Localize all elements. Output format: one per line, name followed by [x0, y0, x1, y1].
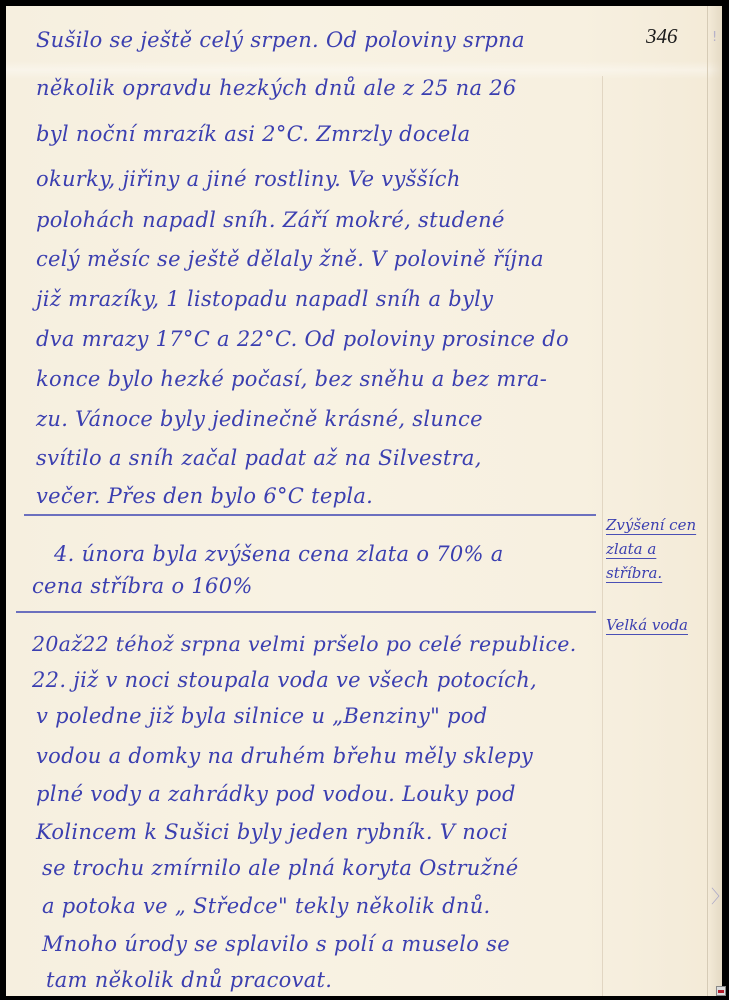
margin-note-line: Zvýšení cen [606, 518, 696, 533]
text-line: Kolincem k Sušici byly jeden rybník. V n… [36, 822, 508, 843]
page-edge-chevron-icon: 〉 [711, 883, 722, 909]
text-line: 4. února byla zvýšena cena zlata o 70% a [54, 544, 504, 565]
text-line: dva mrazy 17°C a 22°C. Od poloviny prosi… [36, 329, 569, 350]
chronicle-page: 346 ! Sušilo se ještě celý srpen. Od pol… [6, 6, 722, 996]
text-line: večer. Přes den bylo 6°C tepla. [36, 486, 373, 507]
text-line: v poledne již byla silnice u „Benziny" p… [36, 706, 487, 727]
text-line: svítilo a sníh začal padat až na Silvest… [36, 448, 482, 469]
text-line: Sušilo se ještě celý srpen. Od poloviny … [36, 30, 525, 51]
page-number: 346 [646, 24, 678, 49]
text-line: 20až22 téhož srpna velmi pršelo po celé … [32, 634, 577, 655]
margin-note-line: Velká voda [606, 618, 688, 633]
scan-frame: 346 ! Sušilo se ještě celý srpen. Od pol… [0, 0, 729, 1000]
text-line: několik opravdu hezkých dnů ale z 25 na … [36, 78, 517, 99]
section-divider [24, 514, 596, 516]
text-line: tam několik dnů pracovat. [46, 970, 332, 991]
text-line: a potoka ve „ Středce" tekly několik dnů… [42, 896, 491, 917]
text-line: polohách napadl sníh. Září mokré, studen… [36, 210, 505, 231]
text-line: Mnoho úrody se splavilo s polí a muselo … [42, 934, 510, 955]
text-line: plné vody a zahrádky pod vodou. Louky po… [36, 784, 516, 805]
text-line: celý měsíc se ještě dělaly žně. V polovi… [36, 249, 544, 270]
margin-note-line: stříbra. [606, 566, 662, 581]
text-line: vodou a domky na druhém břehu měly sklep… [36, 746, 533, 767]
text-line: se trochu zmírnilo ale plná koryta Ostru… [42, 858, 519, 879]
margin-rule [602, 76, 603, 996]
minimize-icon[interactable] [716, 986, 726, 996]
section-divider [16, 611, 596, 613]
corner-mark: ! [712, 30, 717, 45]
page-edge [707, 6, 722, 996]
text-line: již mrazíky, 1 listopadu napadl sníh a b… [36, 289, 493, 310]
margin-note-line: zlata a [606, 542, 656, 557]
text-line: konce bylo hezké počasí, bez sněhu a bez… [36, 369, 547, 390]
text-line: okurky, jiřiny a jiné rostliny. Ve vyšší… [36, 169, 461, 190]
text-line: 22. již v noci stoupala voda ve všech po… [32, 670, 537, 691]
text-line: zu. Vánoce byly jedinečně krásné, slunce [36, 409, 483, 430]
text-line: cena stříbra o 160% [32, 576, 253, 597]
text-line: byl noční mrazík asi 2°C. Zmrzly docela [36, 124, 471, 145]
